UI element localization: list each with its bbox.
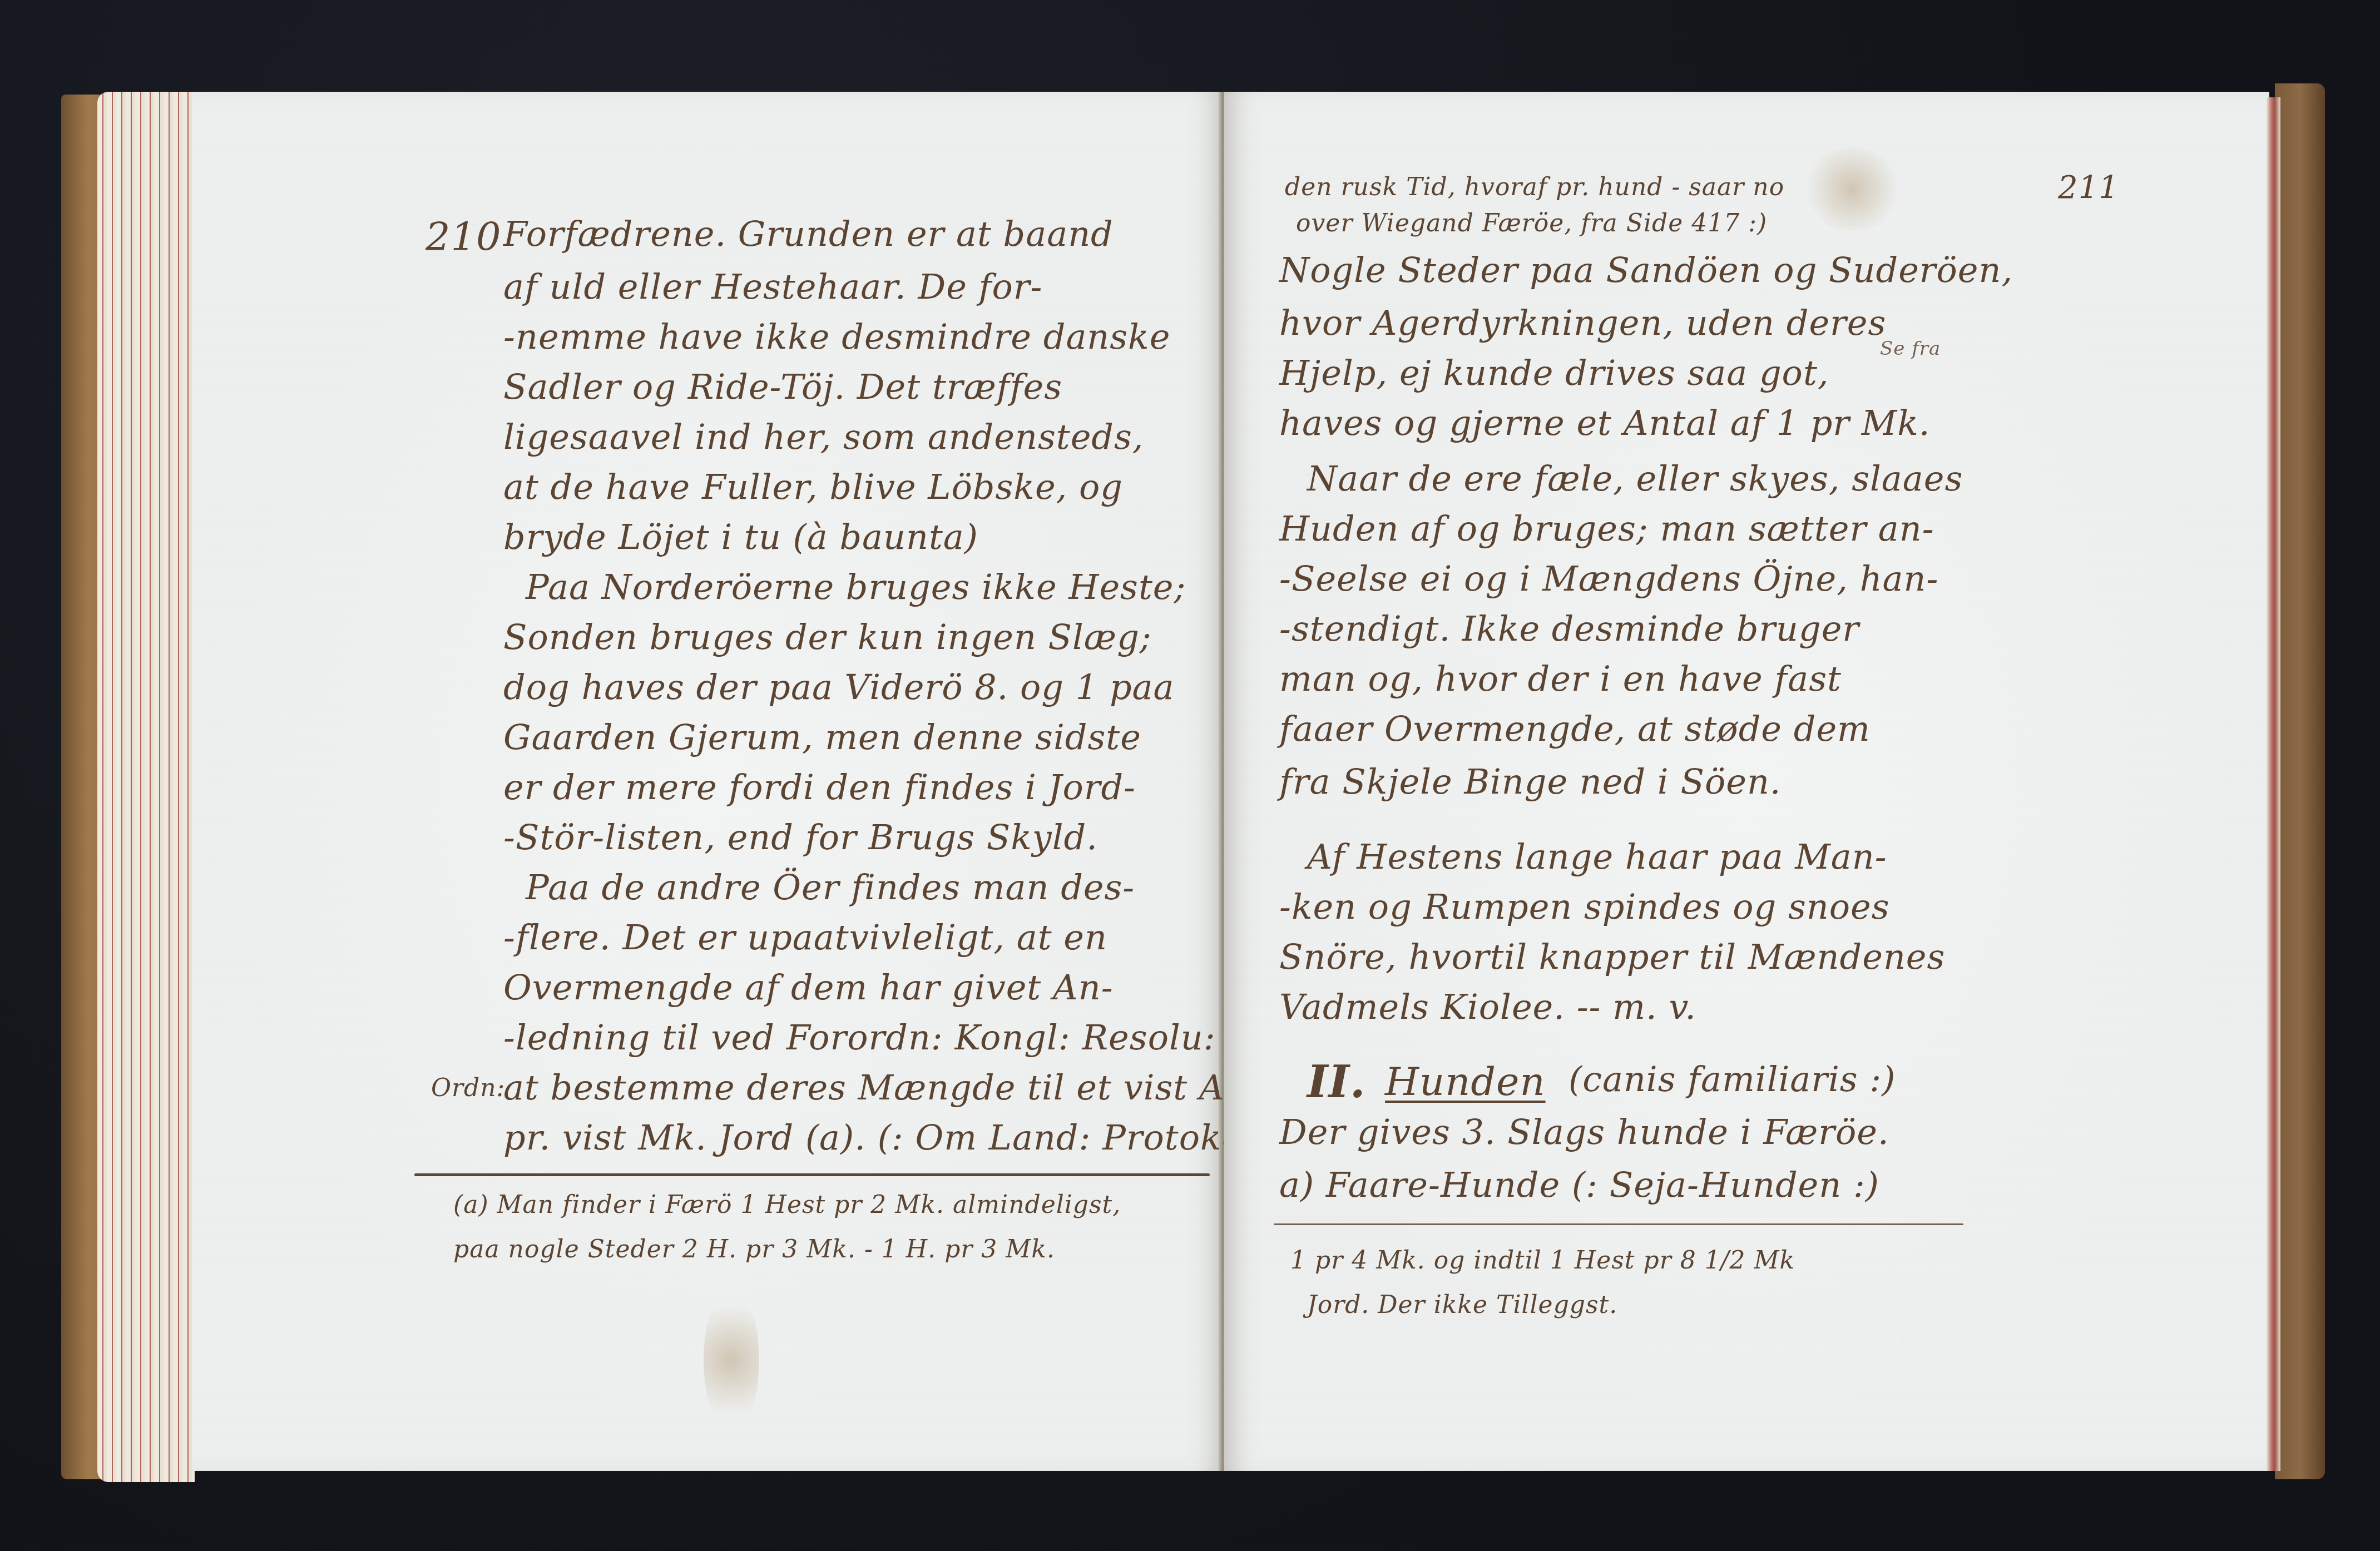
left-page: 210 Forfædrene. Grunden er at baand af u… xyxy=(192,92,1224,1471)
text-line: at bestemme deres Mængde til et vist Ant… xyxy=(503,1071,1294,1105)
footnote-line: paa nogle Steder 2 H. pr 3 Mk. - 1 H. pr… xyxy=(453,1237,1055,1262)
footnote-line: 1 pr 4 Mk. og indtil 1 Hest pr 8 1/2 Mk xyxy=(1290,1248,1795,1273)
footnote-divider xyxy=(1274,1223,1963,1225)
text-line: Paa Norderöerne bruges ikke Heste; xyxy=(526,570,1186,604)
insertion-mark: Se fra xyxy=(1880,339,1941,358)
page-number: 210 xyxy=(425,214,502,260)
text-line: Forfædrene. Grunden er at baand xyxy=(503,217,1114,251)
insertion-line: den rusk Tid, hvoraf pr. hund - saar no xyxy=(1285,175,1784,200)
text-line: -nemme have ikke desmindre danske xyxy=(503,320,1170,354)
text-line: Af Hestens lange haar paa Man- xyxy=(1307,840,1887,874)
text-line: haves og gjerne et Antal af 1 pr Mk. xyxy=(1279,406,1930,440)
text-line: Nogle Steder paa Sandöen og Suderöen, xyxy=(1279,253,2013,288)
footnote-line: (a) Man finder i Færö 1 Hest pr 2 Mk. al… xyxy=(453,1193,1121,1217)
text-line: ligesaavel ind her, som andensteds, xyxy=(503,420,1144,454)
page-number: 211 xyxy=(2058,170,2119,206)
text-line: Naar de ere fæle, eller skyes, slaaes xyxy=(1307,462,1963,496)
text-line: af uld eller Hestehaar. De for- xyxy=(503,270,1042,304)
footnote-divider xyxy=(414,1173,1210,1176)
right-page: 211 den rusk Tid, hvoraf pr. hund - saar… xyxy=(1224,92,2269,1471)
text-line: Huden af og bruges; man sætter an- xyxy=(1279,512,1934,546)
text-line: -Seelse ei og i Mængdens Öjne, han- xyxy=(1279,562,1938,596)
book-cover-right xyxy=(2275,83,2325,1479)
margin-note: Ordn: xyxy=(431,1076,505,1101)
ink-stain xyxy=(1802,147,1902,231)
section-latin-name: (canis familiaris :) xyxy=(1568,1062,1896,1097)
text-line: dog haves der paa Viderö 8. og 1 paa xyxy=(503,670,1175,705)
text-line: -flere. Det er upaatvivleligt, at en xyxy=(503,920,1107,955)
text-line: -Stör-listen, end for Brugs Skyld. xyxy=(503,820,1098,855)
text-line: Sadler og Ride-Töj. Det træffes xyxy=(503,370,1062,404)
text-line: -ledning til ved Forordn: Kongl: Resolu:… xyxy=(503,1020,1261,1055)
text-line: Snöre, hvortil knapper til Mændenes xyxy=(1279,940,1945,974)
paper-stain xyxy=(704,1287,759,1432)
text-line: faaer Overmengde, at støde dem xyxy=(1279,712,1871,746)
page-stack-right xyxy=(2267,97,2280,1471)
text-line: -stendigt. Ikke desminde bruger xyxy=(1279,612,1859,646)
page-stack-left xyxy=(97,92,195,1482)
text-line: bryde Löjet i tu (à baunta) xyxy=(503,520,978,554)
text-line: Der gives 3. Slags hunde i Færöe. xyxy=(1279,1115,1889,1149)
section-number: II. xyxy=(1307,1059,1366,1104)
text-line: Gaarden Gjerum, men denne sidste xyxy=(503,720,1141,755)
text-line: Hjelp, ej kunde drives saa got, xyxy=(1279,356,1829,390)
text-line: -ken og Rumpen spindes og snoes xyxy=(1279,890,1889,924)
text-line: fra Skjele Binge ned i Söen. xyxy=(1279,765,1782,799)
text-line: Vadmels Kiolee. -- m. v. xyxy=(1279,990,1696,1024)
footnote-line: Jord. Der ikke Tilleggst. xyxy=(1307,1293,1617,1317)
text-line: Overmengde af dem har givet An- xyxy=(503,970,1114,1005)
section-title: Hunden xyxy=(1385,1062,1546,1101)
text-line: Paa de andre Öer findes man des- xyxy=(526,870,1135,905)
text-line: Sonden bruges der kun ingen Slæg; xyxy=(503,620,1152,655)
text-line: at de have Fuller, blive Löbske, og xyxy=(503,470,1123,504)
text-line: a) Faare-Hunde (: Seja-Hunden :) xyxy=(1279,1168,1879,1202)
text-line: er der mere fordi den findes i Jord- xyxy=(503,770,1136,805)
text-line: man og, hvor der i en have fast xyxy=(1279,662,1842,696)
insertion-line: over Wiegand Færöe, fra Side 417 :) xyxy=(1296,211,1767,236)
text-line: hvor Agerdyrkningen, uden deres xyxy=(1279,306,1886,340)
